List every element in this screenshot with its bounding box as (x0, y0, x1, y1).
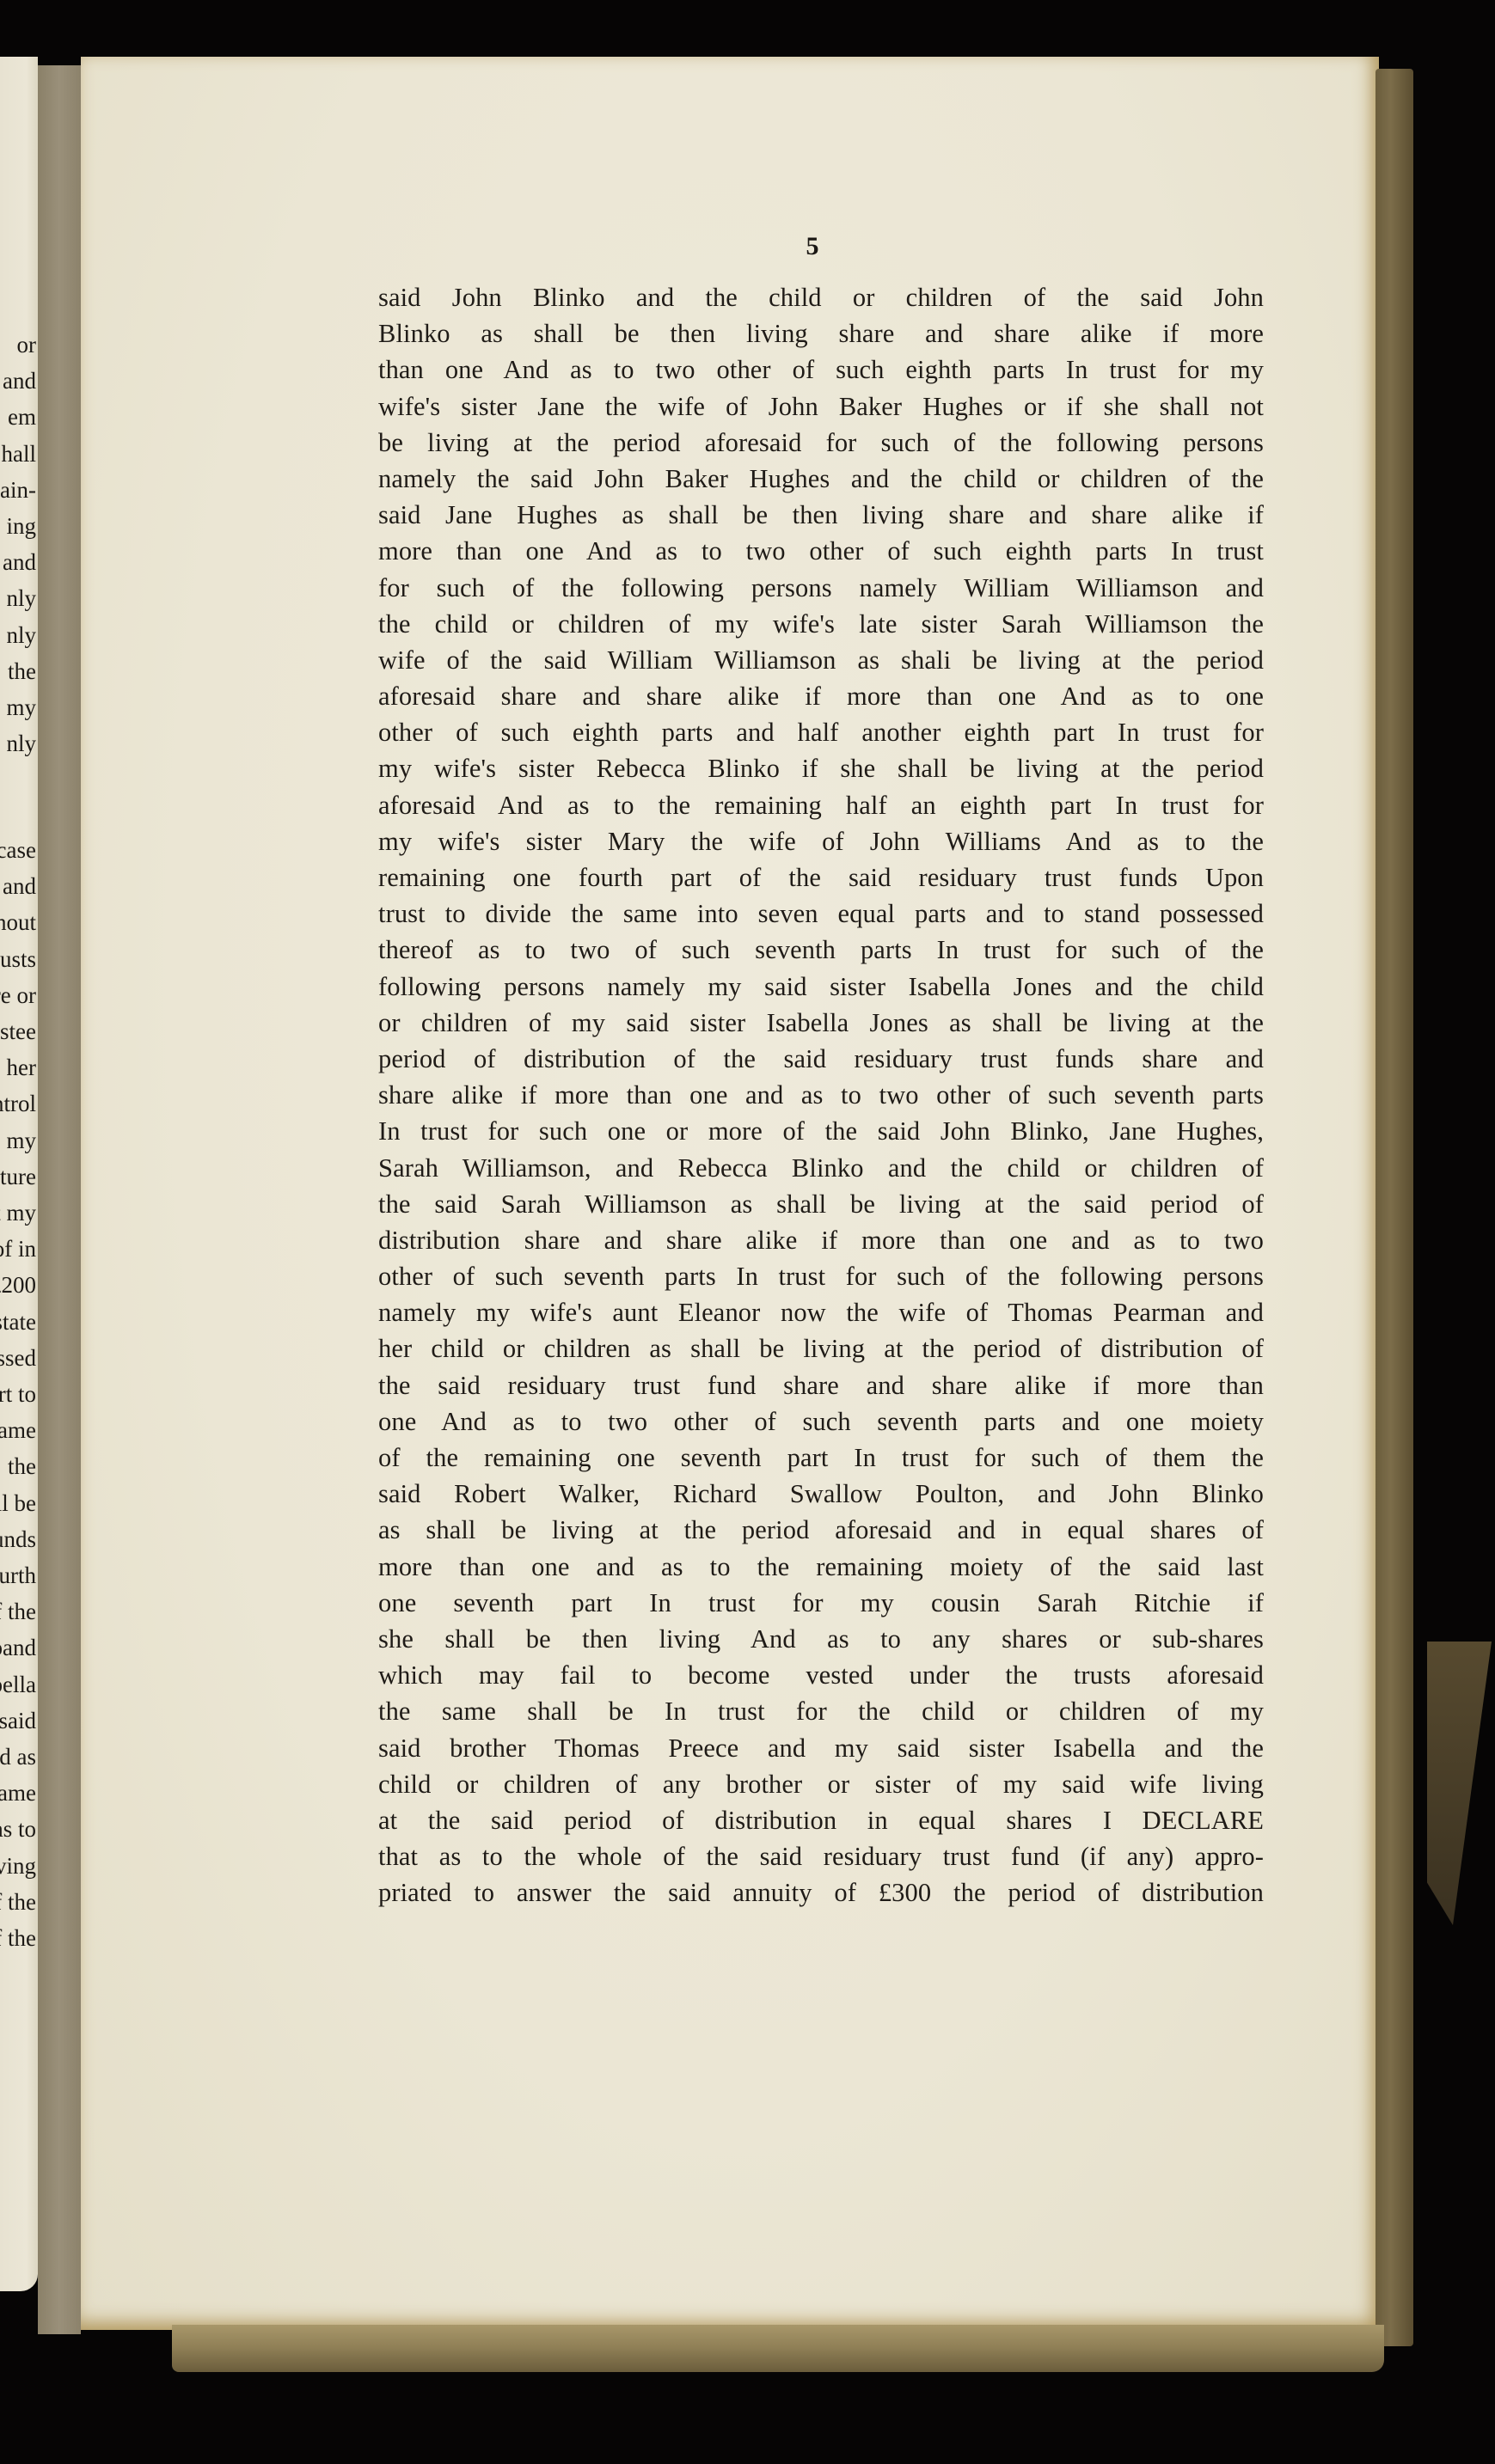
facing-page-fragment: ntrol (0, 1091, 36, 1117)
facing-page-fragment: stee (0, 1018, 36, 1045)
facing-page-fragment: abella (0, 1672, 36, 1698)
text-line: or children of my said sister Isabella J… (378, 1005, 1264, 1041)
text-line: which may fail to become vested under th… (378, 1657, 1264, 1693)
facing-page-fragment: said (0, 1708, 36, 1734)
facing-page-fragment: f the (0, 1599, 36, 1625)
text-line: trust to divide the same into seven equa… (378, 896, 1264, 932)
text-line: priated to answer the said annuity of £3… (378, 1874, 1264, 1911)
text-line: the child or children of my wife's late … (378, 606, 1264, 642)
text-line: the said residuary trust fund share and … (378, 1367, 1264, 1403)
facing-page-fragment: nly (6, 731, 36, 757)
text-line: said Robert Walker, Richard Swallow Poul… (378, 1476, 1264, 1512)
facing-page-fragment: my (6, 1128, 36, 1154)
text-line: more than one And as to two other of suc… (378, 533, 1264, 569)
facing-page-fragment: as to (0, 1816, 36, 1843)
text-line: the same shall be In trust for the child… (378, 1693, 1264, 1729)
facing-page-fragment: nly (6, 622, 36, 649)
facing-page-fragment: rt to (0, 1381, 36, 1408)
text-line: my wife's sister Mary the wife of John W… (378, 823, 1264, 859)
text-line: share alike if more than one and as to t… (378, 1077, 1264, 1113)
text-line: wife's sister Jane the wife of John Bake… (378, 388, 1264, 425)
text-line: one And as to two other of such seventh … (378, 1403, 1264, 1440)
facing-page-fragment: ain- (0, 477, 36, 504)
text-line: wife of the said William Williamson as s… (378, 642, 1264, 678)
page-number: 5 (791, 232, 834, 261)
facing-page-fragment: same (0, 1417, 36, 1444)
text-line: following persons namely my said sister … (378, 969, 1264, 1005)
facing-page-fragment: re or (0, 982, 36, 1009)
facing-page-fragment: em (8, 404, 36, 431)
book-scan: orandemhallain-ingandnlynlythemynlycasea… (0, 0, 1495, 2464)
text-line: namely my wife's aunt Eleanor now the wi… (378, 1294, 1264, 1330)
facing-page-fragment: the (8, 658, 36, 685)
page-block-right-edge (1376, 69, 1413, 2346)
facing-page-fragment: t my (0, 1200, 36, 1226)
facing-page-fragment: of in (0, 1236, 36, 1263)
facing-page-fragment: living (0, 1853, 36, 1880)
facing-page-fragment: ourth (0, 1562, 36, 1589)
facing-page-fragment: ll be (0, 1490, 36, 1517)
text-line: one seventh part In trust for my cousin … (378, 1585, 1264, 1621)
text-line: at the said period of distribution in eq… (378, 1802, 1264, 1838)
text-line: period of distribution of the said resid… (378, 1041, 1264, 1077)
text-line: her child or children as shall be living… (378, 1330, 1264, 1367)
facing-page-fragment: or (17, 332, 37, 358)
text-line: child or children of any brother or sist… (378, 1766, 1264, 1802)
text-line: she shall be then living And as to any s… (378, 1621, 1264, 1657)
text-line: for such of the following persons namely… (378, 570, 1264, 606)
facing-page-fragment: of the (0, 1889, 36, 1916)
torn-page-flap (1427, 1642, 1492, 1925)
facing-page-fragment: the (8, 1453, 36, 1480)
text-line: other of such eighth parts and half anot… (378, 714, 1264, 750)
text-line: remaining one fourth part of the said re… (378, 859, 1264, 896)
text-line: namely the said John Baker Hughes and th… (378, 461, 1264, 497)
facing-page-fragment: same (0, 1780, 36, 1807)
text-line: more than one and as to the remaining mo… (378, 1549, 1264, 1585)
text-line: the said Sarah Williamson as shall be li… (378, 1186, 1264, 1222)
text-line: be living at the period aforesaid for su… (378, 425, 1264, 461)
facing-page-fragment: hout (0, 909, 36, 936)
facing-page-fragment: £200 (0, 1272, 36, 1299)
facing-page-fragment: case (0, 837, 36, 864)
facing-page-fragment: hall (2, 441, 37, 468)
facing-page-fragment: funds (0, 1526, 36, 1553)
facing-page-fragment: sband (0, 1635, 36, 1661)
facing-page-fragment: and (3, 368, 36, 394)
text-line: said brother Thomas Preece and my said s… (378, 1730, 1264, 1766)
text-line: of the remaining one seventh part In tru… (378, 1440, 1264, 1476)
text-line: Blinko as shall be then living share and… (378, 315, 1264, 352)
text-line: In trust for such one or more of the sai… (378, 1113, 1264, 1149)
facing-page-fragment: rture (0, 1164, 36, 1190)
text-line: said John Blinko and the child or childr… (378, 279, 1264, 315)
text-line: than one And as to two other of such eig… (378, 352, 1264, 388)
facing-page-fragment: nly (6, 585, 36, 612)
text-line: as shall be living at the period aforesa… (378, 1512, 1264, 1548)
text-line: distribution share and share alike if mo… (378, 1222, 1264, 1258)
book-gutter-shadow (38, 65, 81, 2334)
facing-page-fragment: state (0, 1309, 36, 1336)
text-line: Sarah Williamson, and Rebecca Blinko and… (378, 1150, 1264, 1186)
text-line: aforesaid share and share alike if more … (378, 678, 1264, 714)
facing-page-fragment: and (3, 873, 36, 900)
body-text: said John Blinko and the child or childr… (378, 279, 1264, 1911)
text-line: that as to the whole of the said residua… (378, 1838, 1264, 1874)
text-line: my wife's sister Rebecca Blinko if she s… (378, 750, 1264, 786)
text-line: said Jane Hughes as shall be then living… (378, 497, 1264, 533)
text-line: aforesaid And as to the remaining half a… (378, 787, 1264, 823)
facing-page-fragment: her (7, 1055, 36, 1081)
facing-page-fragment: my (6, 694, 36, 721)
facing-page-fragment: usts (0, 946, 36, 973)
facing-page-left: orandemhallain-ingandnlynlythemynlycasea… (0, 57, 38, 2291)
facing-page-fragment: and (3, 549, 36, 576)
facing-page-fragment: essed (0, 1345, 36, 1372)
facing-page-fragment: ing (6, 513, 36, 540)
facing-page-fragment: f the (0, 1925, 36, 1952)
page-block-bottom-edge (172, 2325, 1384, 2372)
facing-page-fragment: nd as (0, 1744, 36, 1770)
text-line: other of such seventh parts In trust for… (378, 1258, 1264, 1294)
text-line: thereof as to two of such seventh parts … (378, 932, 1264, 968)
